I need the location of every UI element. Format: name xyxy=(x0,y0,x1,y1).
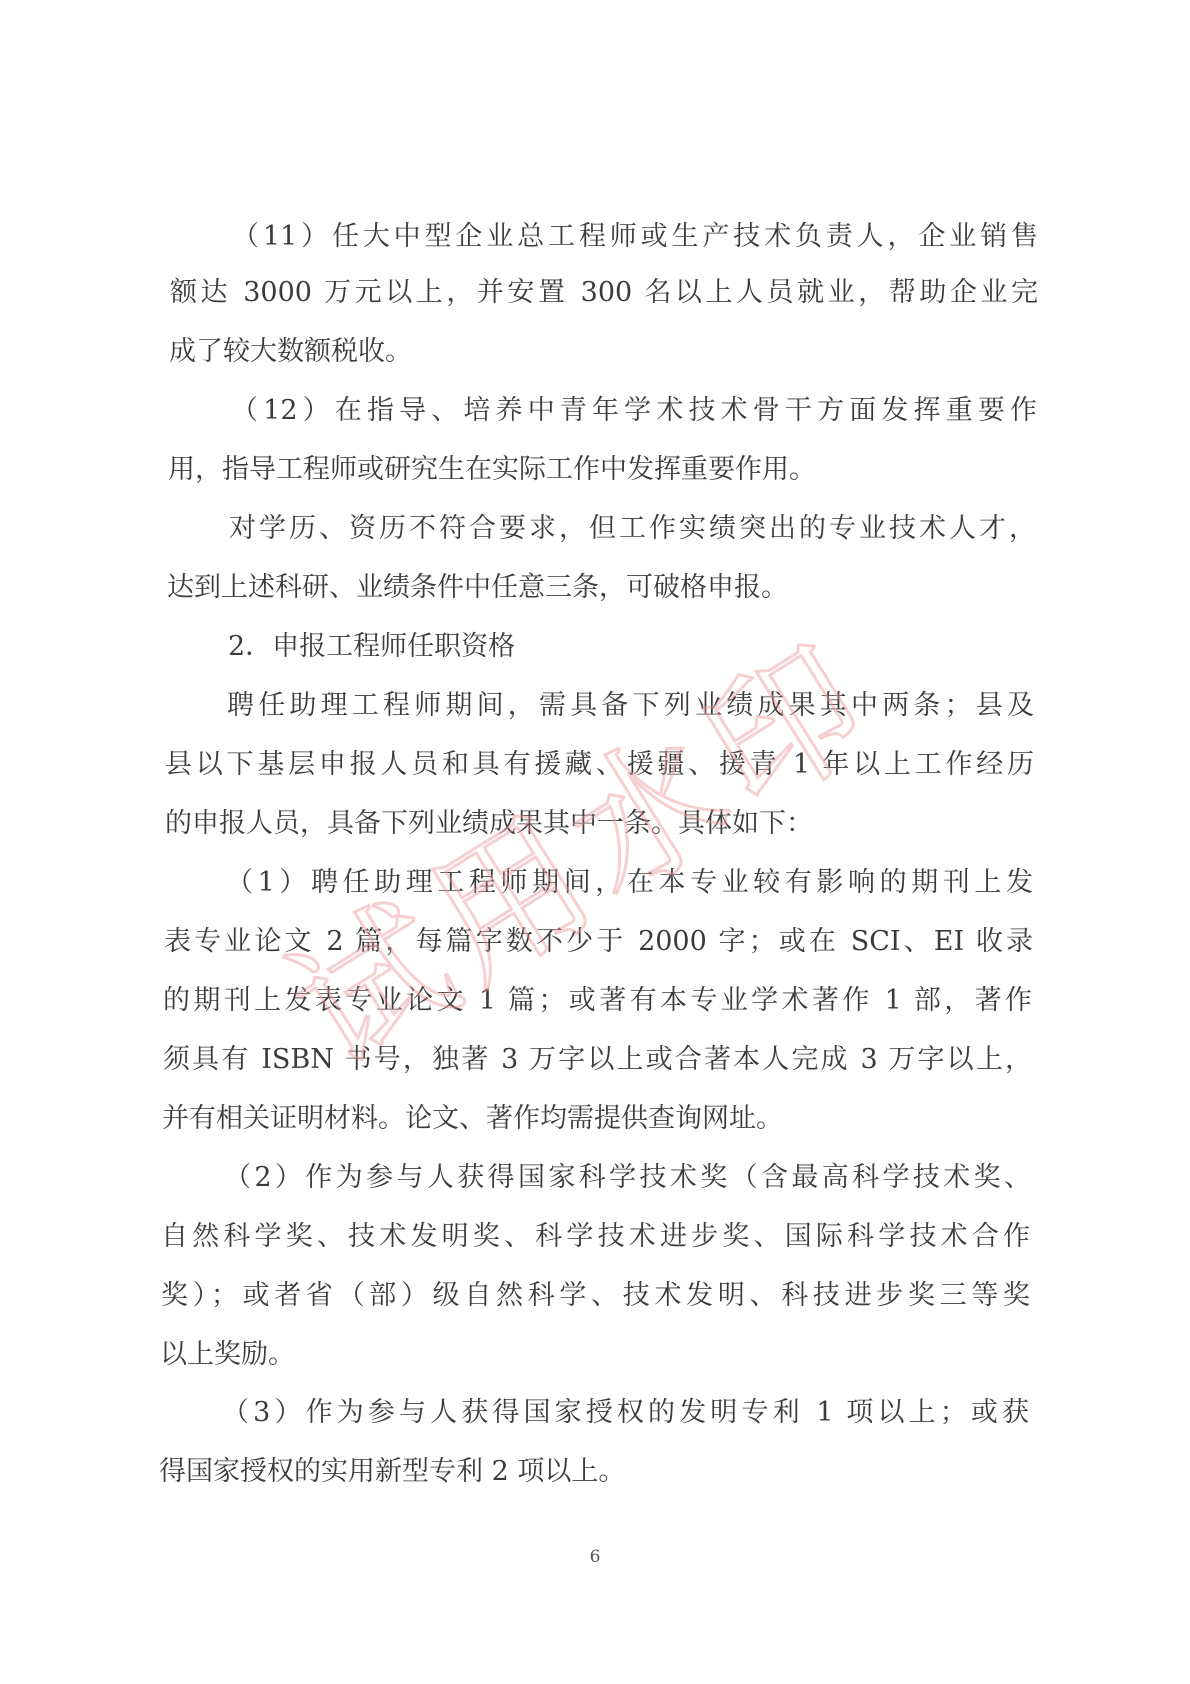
text-line: （2）作为参与人获得国家科学技术奖（含最高科学技术奖、 xyxy=(224,1158,1031,1198)
text-line: （12）在指导、培养中青年学术技术骨干方面发挥重要作 xyxy=(231,391,1037,431)
page-number: 6 xyxy=(580,1543,610,1571)
text-line: 达到上述科研、业绩条件中任意三条，可破格申报。 xyxy=(167,568,1035,608)
text-line: （11）任大中型企业总工程师或生产技术负责人，企业销售 xyxy=(232,217,1038,257)
text-line: 得国家授权的实用新型专利 2 项以上。 xyxy=(159,1452,1028,1492)
text-line: （1）聘任助理工程师期间，在本专业较有影响的期刊上发 xyxy=(226,863,1033,903)
document-page: （11）任大中型企业总工程师或生产技术负责人，企业销售 额达 3000 万元以上… xyxy=(0,0,1190,1684)
text-line: 并有相关证明材料。论文、著作均需提供查询网址。 xyxy=(162,1099,1031,1139)
text-line: 县以下基层申报人员和具有援藏、援疆、援青 1 年以上工作经历 xyxy=(165,745,1034,785)
text-line: 自然科学奖、技术发明奖、科学技术进步奖、国际科学技术合作 xyxy=(161,1217,1030,1257)
section-heading: 2．申报工程师任职资格 xyxy=(228,627,1035,667)
text-line: 须具有 ISBN 书号，独著 3 万字以上或合著本人完成 3 万字以上， xyxy=(163,1040,1032,1080)
text-line: 表专业论文 2 篇，每篇字数不少于 2000 字；或在 SCI、EI 收录 xyxy=(164,922,1033,962)
text-line: 的申报人员，具备下列业绩成果其中一条。具体如下： xyxy=(165,804,1033,844)
trial-watermark: 试用水印 xyxy=(243,597,927,1112)
text-line: 以上奖励。 xyxy=(160,1335,1029,1375)
text-line: 聘任助理工程师期间，需具备下列业绩成果其中两条；县及 xyxy=(227,686,1034,726)
text-line: 成了较大数额税收。 xyxy=(169,332,1037,372)
text-line: （3）作为参与人获得国家授权的发明专利 1 项以上；或获 xyxy=(222,1393,1029,1433)
text-line: 的期刊上发表专业论文 1 篇；或著有本专业学术著作 1 部，著作 xyxy=(163,981,1032,1021)
text-line: 奖）；或者省（部）级自然科学、技术发明、科技进步奖三等奖 xyxy=(161,1276,1030,1316)
text-line: 额达 3000 万元以上，并安置 300 名以上人员就业，帮助企业完 xyxy=(170,273,1038,313)
text-line: 对学历、资历不符合要求，但工作实绩突出的专业技术人才， xyxy=(229,509,1036,549)
text-line: 用，指导工程师或研究生在实际工作中发挥重要作用。 xyxy=(168,450,1036,490)
